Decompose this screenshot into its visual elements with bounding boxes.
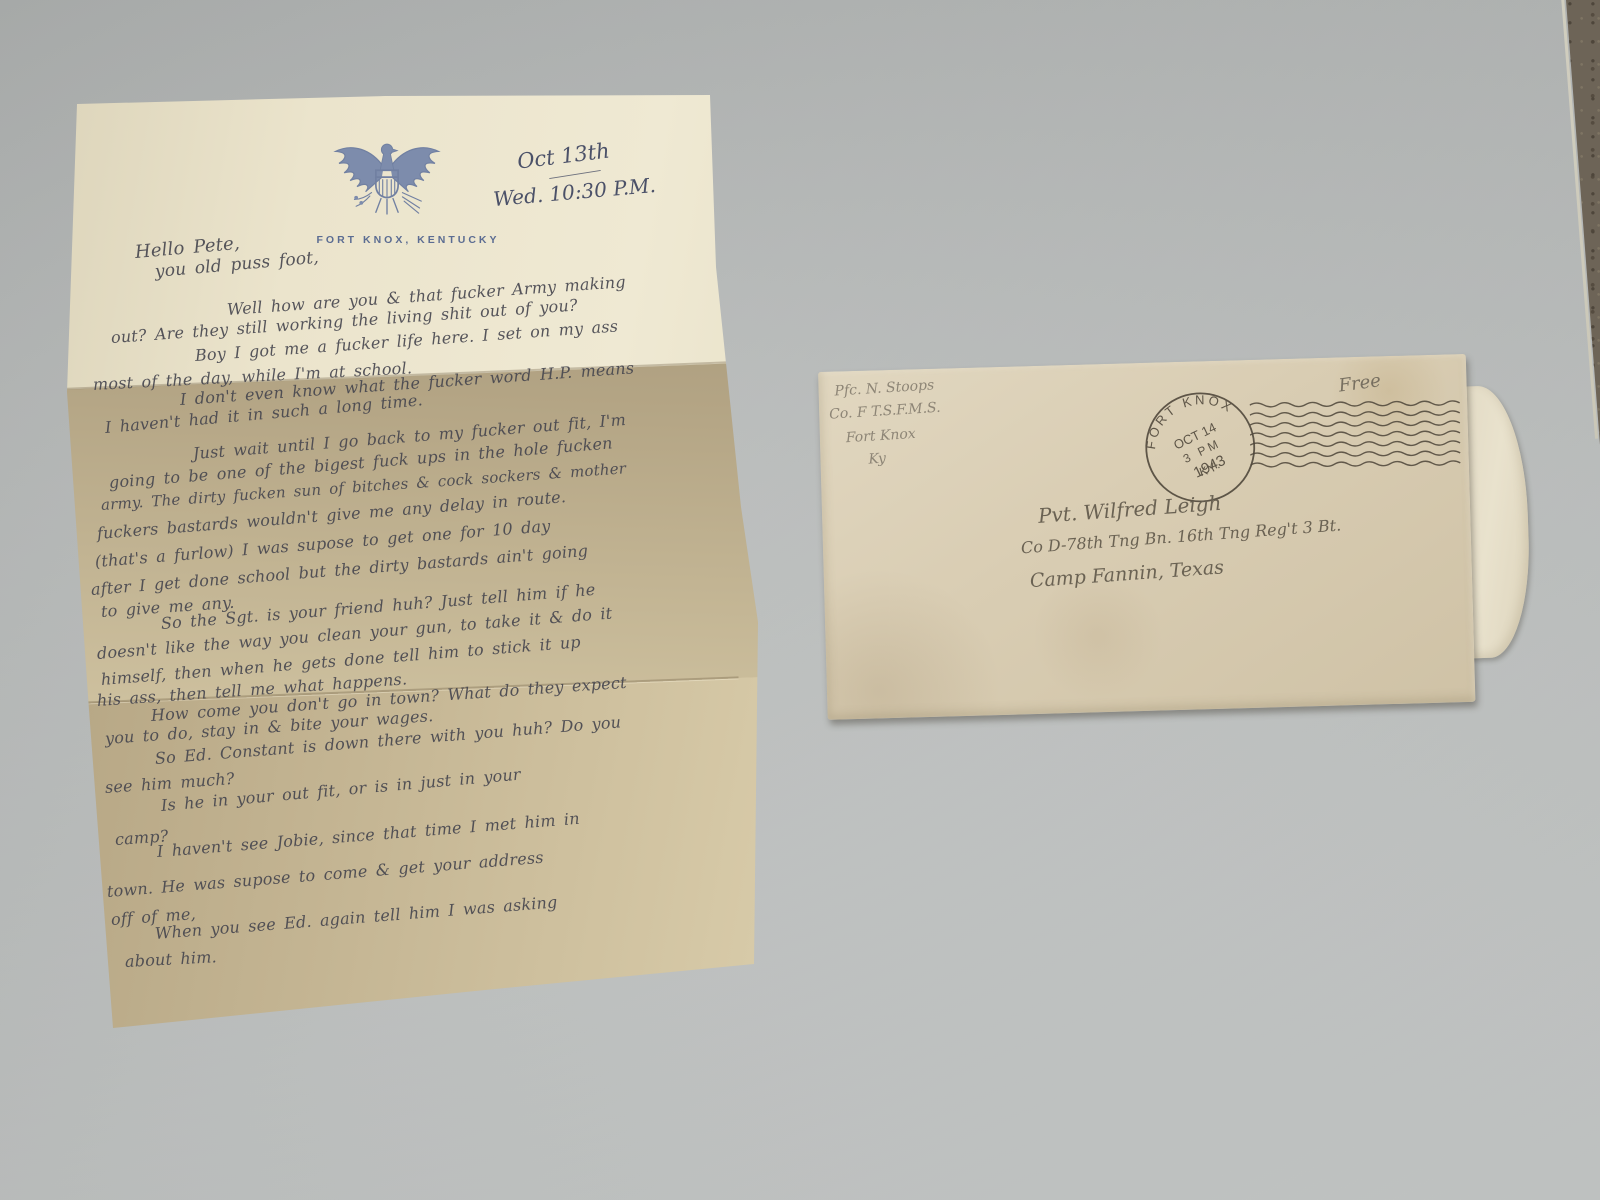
- envelope: Pfc. N. Stoops Co. F T.S.F.M.S. Fort Kno…: [818, 354, 1475, 720]
- free-postage-frank: Free: [1337, 370, 1382, 396]
- return-address-line: Fort Knox: [845, 426, 916, 446]
- letterhead-text: FORT KNOX, KENTUCKY: [293, 234, 523, 246]
- return-address-line: Ky: [868, 451, 886, 468]
- return-address-line: Pfc. N. Stoops: [834, 377, 935, 399]
- letter-sheet: FORT KNOX, KENTUCKY Oct 13th Wed. 10:30 …: [55, 92, 765, 1032]
- photo-of-letter-and-envelope: FORT KNOX, KENTUCKY Oct 13th Wed. 10:30 …: [0, 0, 1600, 1200]
- cancellation-waves-icon: [1250, 398, 1465, 476]
- army-eagle-crest-icon: [327, 132, 447, 236]
- address-line: Camp Fannin, Texas: [1029, 556, 1224, 592]
- return-address-line: Co. F T.S.F.M.S.: [829, 400, 941, 423]
